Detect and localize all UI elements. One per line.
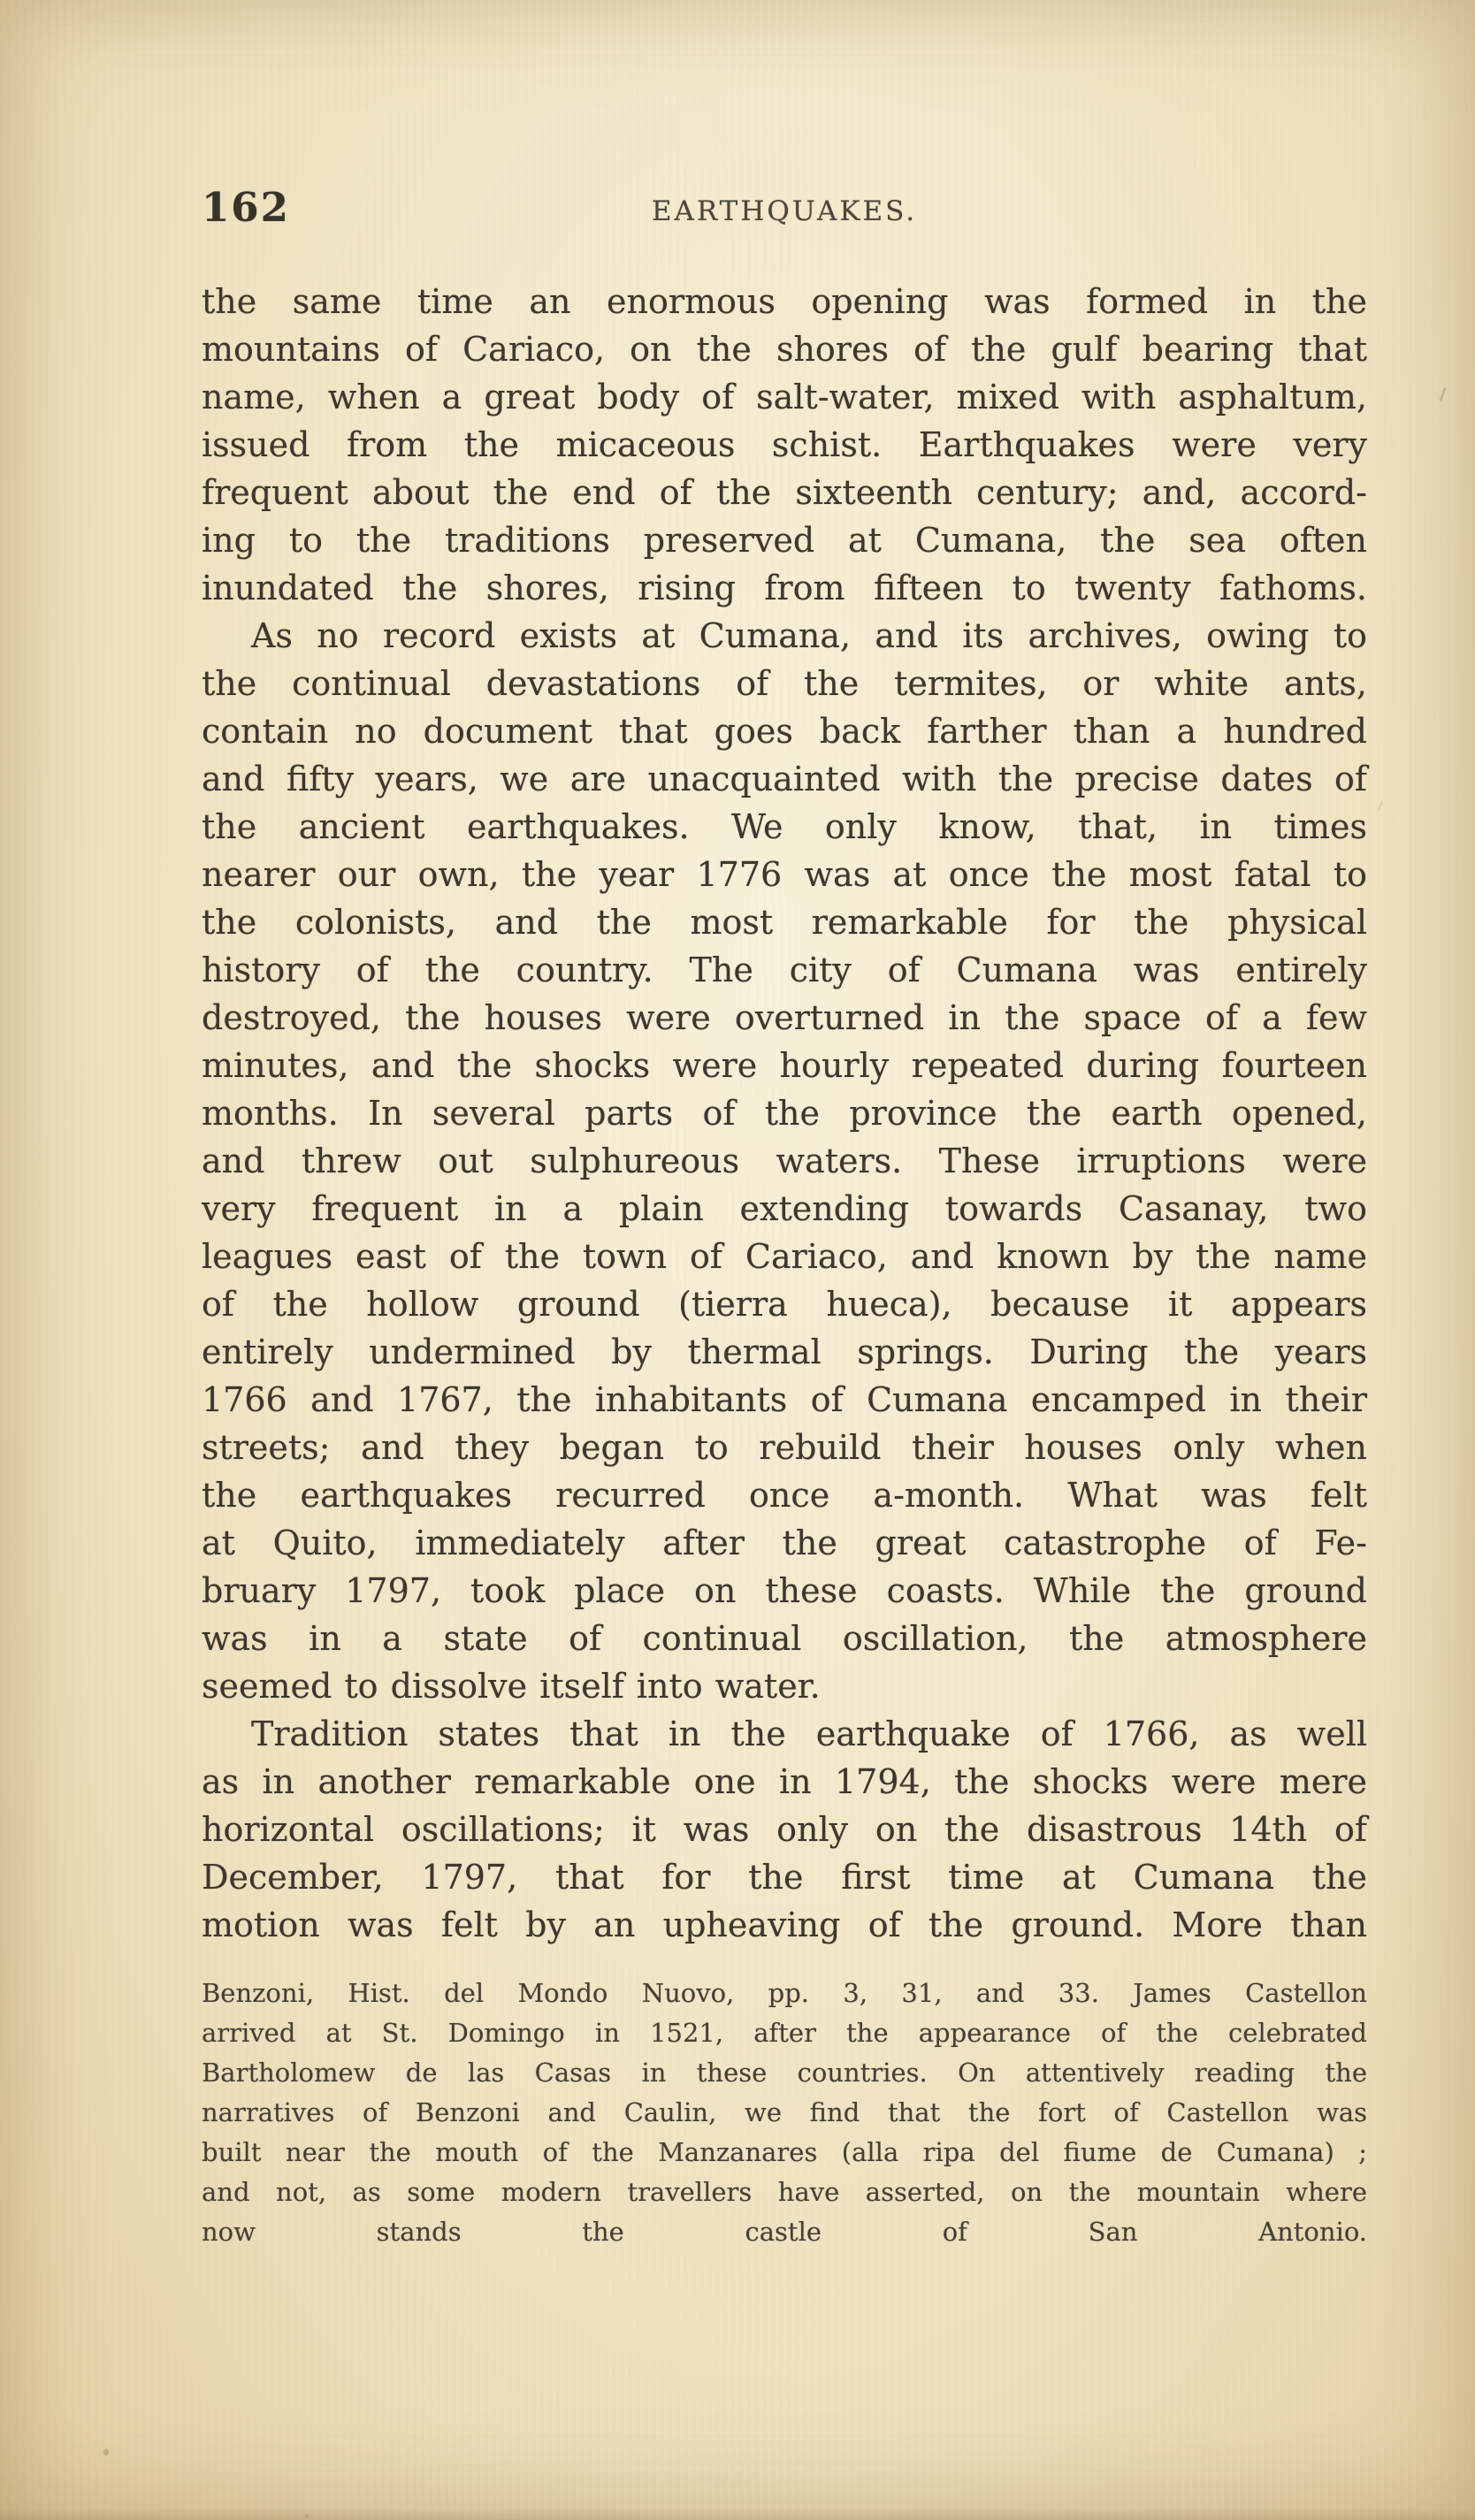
running-header-title: EARTHQUAKES. — [652, 195, 917, 227]
book-page: 162 EARTHQUAKES. the same time an enormo… — [0, 0, 1475, 2520]
text-line: frequent about the end of the sixteenth … — [202, 469, 1367, 516]
text-line: at Quito, immediately after the great ca… — [202, 1519, 1367, 1567]
paragraph: As no record exists at Cumana, and its a… — [202, 612, 1367, 1710]
page-header: 162 EARTHQUAKES. — [202, 184, 1367, 237]
text-line: and threw out sulphureous waters. These … — [202, 1137, 1367, 1185]
text-line: the ancient earthquakes. We only know, t… — [202, 803, 1367, 851]
body-text: the same time an enormous opening was fo… — [202, 278, 1367, 1949]
text-line: the colonists, and the most remarkable f… — [202, 898, 1367, 946]
text-line: December, 1797, that for the first time … — [202, 1853, 1367, 1901]
footnote: Benzoni, Hist. del Mondo Nuovo, pp. 3, 3… — [202, 1974, 1367, 2252]
paper-speck — [103, 2449, 109, 2455]
text-line: and not, as some modern travellers have … — [202, 2173, 1367, 2212]
text-line: As no record exists at Cumana, and its a… — [202, 612, 1367, 660]
text-line: Bartholomew de las Casas in these countr… — [202, 2053, 1367, 2093]
paragraph: the same time an enormous opening was fo… — [202, 278, 1367, 612]
text-line: the same time an enormous opening was fo… — [202, 278, 1367, 325]
text-line: contain no document that goes back farth… — [202, 707, 1367, 755]
text-line: as in another remarkable one in 1794, th… — [202, 1758, 1367, 1806]
text-line: inundated the shores, rising from fiftee… — [202, 564, 1367, 612]
text-line: streets; and they began to rebuild their… — [202, 1424, 1367, 1471]
text-line: bruary 1797, took place on these coasts.… — [202, 1567, 1367, 1615]
text-line: narratives of Benzoni and Caulin, we fin… — [202, 2093, 1367, 2133]
page-number: 162 — [202, 184, 290, 231]
text-line: the earthquakes recurred once a-month. W… — [202, 1471, 1367, 1519]
text-line: name, when a great body of salt-water, m… — [202, 373, 1367, 421]
text-line: ing to the traditions preserved at Cuman… — [202, 516, 1367, 564]
text-line: leagues east of the town of Cariaco, and… — [202, 1233, 1367, 1280]
text-line: the continual devastations of the termit… — [202, 660, 1367, 707]
text-line: now stands the castle of San Antonio. — [202, 2212, 1367, 2252]
text-line: minutes, and the shocks were hourly repe… — [202, 1042, 1367, 1089]
paper-speck — [1378, 800, 1383, 811]
text-line: of the hollow ground (tierra hueca), bec… — [202, 1280, 1367, 1328]
paper-speck — [305, 2514, 309, 2518]
paragraph: Tradition states that in the earthquake … — [202, 1710, 1367, 1949]
text-line: very frequent in a plain extending towar… — [202, 1185, 1367, 1233]
paper-speck — [1439, 387, 1446, 401]
text-line: entirely undermined by thermal springs. … — [202, 1328, 1367, 1376]
text-line: was in a state of continual oscillation,… — [202, 1615, 1367, 1662]
text-line: motion was felt by an upheaving of the g… — [202, 1901, 1367, 1949]
text-line: horizontal oscillations; it was only on … — [202, 1806, 1367, 1853]
text-line: months. In several parts of the province… — [202, 1089, 1367, 1137]
text-line: destroyed, the houses were overturned in… — [202, 994, 1367, 1042]
text-line: arrived at St. Domingo in 1521, after th… — [202, 2013, 1367, 2053]
text-line: and fifty years, we are unacquainted wit… — [202, 755, 1367, 803]
text-line: Tradition states that in the earthquake … — [202, 1710, 1367, 1758]
text-line: 1766 and 1767, the inhabitants of Cumana… — [202, 1376, 1367, 1424]
text-line: history of the country. The city of Cuma… — [202, 946, 1367, 994]
text-line: issued from the micaceous schist. Earthq… — [202, 421, 1367, 469]
text-line: seemed to dissolve itself into water. — [202, 1662, 1367, 1710]
text-line: nearer our own, the year 1776 was at onc… — [202, 851, 1367, 898]
paragraph: Benzoni, Hist. del Mondo Nuovo, pp. 3, 3… — [202, 1974, 1367, 2252]
text-line: mountains of Cariaco, on the shores of t… — [202, 325, 1367, 373]
text-line: Benzoni, Hist. del Mondo Nuovo, pp. 3, 3… — [202, 1974, 1367, 2013]
text-line: built near the mouth of the Manzanares (… — [202, 2133, 1367, 2173]
